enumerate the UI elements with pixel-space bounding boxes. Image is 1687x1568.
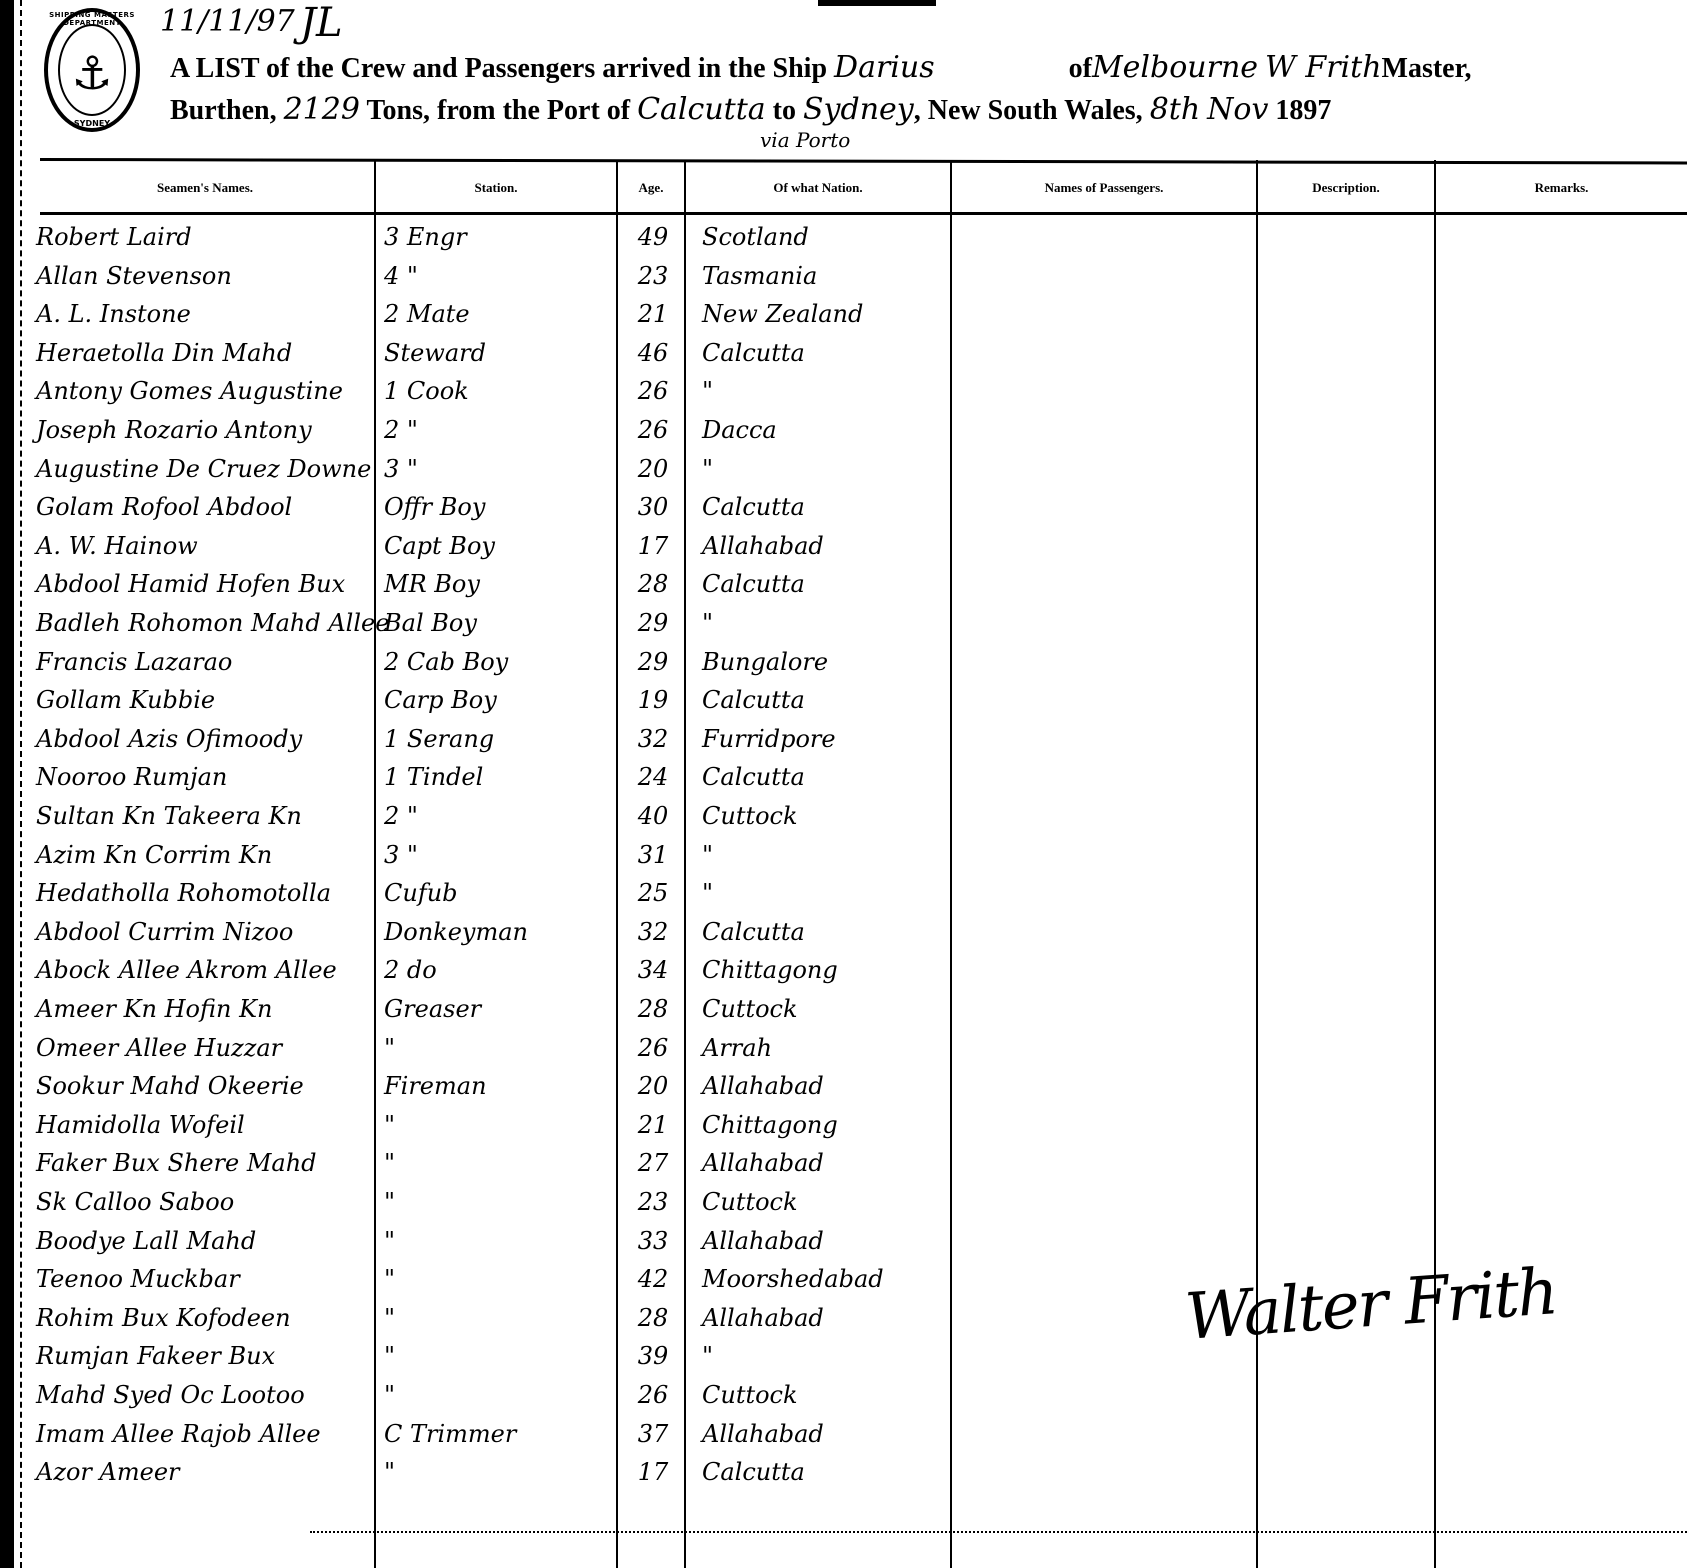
nation-cell: Calcutta xyxy=(702,490,947,524)
seaman-name-cell: Badleh Rohomon Mahd Allee xyxy=(36,606,376,640)
seaman-name-cell: Augustine De Cruez Downe xyxy=(36,452,376,486)
table-row: Badleh Rohomon Mahd AlleeBal Boy29" xyxy=(0,606,1687,640)
seaman-name-cell: Abdool Azis Ofimoody xyxy=(36,722,376,756)
table-row: Faker Bux Shere Mahd"27Allahabad xyxy=(0,1146,1687,1180)
station-cell: Offr Boy xyxy=(384,490,614,524)
station-cell: " xyxy=(384,1455,614,1489)
from-port: Calcutta xyxy=(637,92,766,127)
station-cell: 2 " xyxy=(384,799,614,833)
seaman-name-cell: Ameer Kn Hofin Kn xyxy=(36,992,376,1026)
table-row: Imam Allee Rajob AlleeC Trimmer37Allahab… xyxy=(0,1417,1687,1451)
station-cell: 1 Serang xyxy=(384,722,614,756)
nation-cell: Furridpore xyxy=(702,722,947,756)
nation-cell: Bungalore xyxy=(702,645,947,679)
seaman-name-cell: Azor Ameer xyxy=(36,1455,376,1489)
date-annotation: 11/11/97 xyxy=(160,4,295,39)
age-cell: 32 xyxy=(622,915,684,949)
age-cell: 42 xyxy=(622,1262,684,1296)
table-row: Boodye Lall Mahd"33Allahabad xyxy=(0,1224,1687,1258)
seaman-name-cell: Nooroo Rumjan xyxy=(36,760,376,794)
age-cell: 34 xyxy=(622,953,684,987)
station-cell: Carp Boy xyxy=(384,683,614,717)
station-cell: " xyxy=(384,1031,614,1065)
title-prefix: A LIST of the Crew and Passengers arrive… xyxy=(170,53,827,84)
nation-cell: Cuttock xyxy=(702,799,947,833)
age-cell: 17 xyxy=(622,1455,684,1489)
age-cell: 17 xyxy=(622,529,684,563)
title-of: of xyxy=(1069,53,1092,84)
station-cell: " xyxy=(384,1262,614,1296)
station-cell: Greaser xyxy=(384,992,614,1026)
seaman-name-cell: Sk Calloo Saboo xyxy=(36,1185,376,1219)
age-cell: 28 xyxy=(622,567,684,601)
table-row: Heraetolla Din MahdSteward46Calcutta xyxy=(0,336,1687,370)
state-label: , New South Wales, xyxy=(914,95,1143,126)
nation-cell: " xyxy=(702,606,947,640)
station-cell: 2 Mate xyxy=(384,297,614,331)
seaman-name-cell: Mahd Syed Oc Lootoo xyxy=(36,1378,376,1412)
table-row: Ameer Kn Hofin KnGreaser28Cuttock xyxy=(0,992,1687,1026)
age-cell: 26 xyxy=(622,374,684,408)
seaman-name-cell: Abdool Currim Nizoo xyxy=(36,915,376,949)
station-cell: " xyxy=(384,1224,614,1258)
seaman-name-cell: Gollam Kubbie xyxy=(36,683,376,717)
age-cell: 26 xyxy=(622,413,684,447)
anchor-icon: ⚓ xyxy=(60,48,124,98)
age-cell: 24 xyxy=(622,760,684,794)
nation-cell: Moorshedabad xyxy=(702,1262,947,1296)
age-cell: 25 xyxy=(622,876,684,910)
age-cell: 40 xyxy=(622,799,684,833)
date-year: 1897 xyxy=(1275,95,1331,126)
nation-cell: Calcutta xyxy=(702,683,947,717)
home-port: Melbourne xyxy=(1092,50,1258,85)
table-row: Abock Allee Akrom Allee2 do34Chittagong xyxy=(0,953,1687,987)
table-row: Abdool Hamid Hofen BuxMR Boy28Calcutta xyxy=(0,567,1687,601)
column-header-station: Station. xyxy=(376,168,616,208)
table-end-rule xyxy=(310,1531,1687,1533)
nation-cell: Calcutta xyxy=(702,1455,947,1489)
nation-cell: Cuttock xyxy=(702,1185,947,1219)
station-cell: 2 do xyxy=(384,953,614,987)
burthen-label: Burthen, xyxy=(170,95,277,126)
station-cell: 2 " xyxy=(384,413,614,447)
age-cell: 19 xyxy=(622,683,684,717)
age-cell: 27 xyxy=(622,1146,684,1180)
station-cell: Cufub xyxy=(384,876,614,910)
seaman-name-cell: Antony Gomes Augustine xyxy=(36,374,376,408)
station-cell: C Trimmer xyxy=(384,1417,614,1451)
table-row: Sultan Kn Takeera Kn2 "40Cuttock xyxy=(0,799,1687,833)
date-month: Nov xyxy=(1207,92,1268,127)
nation-cell: Allahabad xyxy=(702,1417,947,1451)
seaman-name-cell: A. W. Hainow xyxy=(36,529,376,563)
top-bar-mark xyxy=(818,0,936,6)
age-cell: 32 xyxy=(622,722,684,756)
table-row: Mahd Syed Oc Lootoo"26Cuttock xyxy=(0,1378,1687,1412)
age-cell: 26 xyxy=(622,1031,684,1065)
age-cell: 28 xyxy=(622,1301,684,1335)
column-header-age: Age. xyxy=(618,168,684,208)
age-cell: 30 xyxy=(622,490,684,524)
column-header-seamens-names: Seamen's Names. xyxy=(36,168,374,208)
station-cell: 1 Cook xyxy=(384,374,614,408)
nation-cell: Tasmania xyxy=(702,259,947,293)
table-row: A. L. Instone2 Mate21New Zealand xyxy=(0,297,1687,331)
nation-cell: " xyxy=(702,876,947,910)
station-cell: Steward xyxy=(384,336,614,370)
nation-cell: Allahabad xyxy=(702,1146,947,1180)
table-row: Sookur Mahd OkeerieFireman20Allahabad xyxy=(0,1069,1687,1103)
seaman-name-cell: Abdool Hamid Hofen Bux xyxy=(36,567,376,601)
seaman-name-cell: Allan Stevenson xyxy=(36,259,376,293)
column-header-passenger-names: Names of Passengers. xyxy=(952,168,1256,208)
seaman-name-cell: Faker Bux Shere Mahd xyxy=(36,1146,376,1180)
nation-cell: Calcutta xyxy=(702,336,947,370)
station-cell: Bal Boy xyxy=(384,606,614,640)
age-cell: 39 xyxy=(622,1339,684,1373)
nation-cell: " xyxy=(702,374,947,408)
nation-cell: Scotland xyxy=(702,220,947,254)
station-cell: " xyxy=(384,1185,614,1219)
nation-cell: Cuttock xyxy=(702,1378,947,1412)
station-cell: " xyxy=(384,1146,614,1180)
title-line-2: Burthen, 2129 Tons, from the Port of Cal… xyxy=(170,92,1331,127)
nation-cell: " xyxy=(702,1339,947,1373)
age-cell: 28 xyxy=(622,992,684,1026)
seaman-name-cell: Rohim Bux Kofodeen xyxy=(36,1301,376,1335)
table-row: Allan Stevenson4 "23Tasmania xyxy=(0,259,1687,293)
table-row: Francis Lazarao2 Cab Boy29Bungalore xyxy=(0,645,1687,679)
seaman-name-cell: Hamidolla Wofeil xyxy=(36,1108,376,1142)
table-row: Augustine De Cruez Downe3 "20" xyxy=(0,452,1687,486)
station-cell: 2 Cab Boy xyxy=(384,645,614,679)
seaman-name-cell: Rumjan Fakeer Bux xyxy=(36,1339,376,1373)
nation-cell: Allahabad xyxy=(702,1301,947,1335)
age-cell: 26 xyxy=(622,1378,684,1412)
table-row: Sk Calloo Saboo"23Cuttock xyxy=(0,1185,1687,1219)
seaman-name-cell: Sookur Mahd Okeerie xyxy=(36,1069,376,1103)
station-cell: 1 Tindel xyxy=(384,760,614,794)
seaman-name-cell: Sultan Kn Takeera Kn xyxy=(36,799,376,833)
stamp-text-bottom: SYDNEY xyxy=(48,119,136,128)
seaman-name-cell: Boodye Lall Mahd xyxy=(36,1224,376,1258)
nation-cell: Calcutta xyxy=(702,760,947,794)
nation-cell: Allahabad xyxy=(702,1069,947,1103)
seaman-name-cell: Abock Allee Akrom Allee xyxy=(36,953,376,987)
station-cell: 3 Engr xyxy=(384,220,614,254)
column-header-remarks: Remarks. xyxy=(1436,168,1687,208)
master-name: W Frith xyxy=(1265,50,1382,85)
nation-cell: Chittagong xyxy=(702,1108,947,1142)
nation-cell: Arrah xyxy=(702,1031,947,1065)
station-cell: " xyxy=(384,1301,614,1335)
initials-annotation: JL xyxy=(300,0,343,46)
nation-cell: Chittagong xyxy=(702,953,947,987)
nation-cell: " xyxy=(702,452,947,486)
age-cell: 21 xyxy=(622,1108,684,1142)
table-row: Abdool Azis Ofimoody1 Serang32Furridpore xyxy=(0,722,1687,756)
column-header-nation: Of what Nation. xyxy=(686,168,950,208)
nation-cell: Calcutta xyxy=(702,567,947,601)
age-cell: 23 xyxy=(622,259,684,293)
table-row: Robert Laird3 Engr49Scotland xyxy=(0,220,1687,254)
nation-cell: Dacca xyxy=(702,413,947,447)
table-row: Abdool Currim NizooDonkeyman32Calcutta xyxy=(0,915,1687,949)
stamp-inner-ring: ⚓ xyxy=(58,24,126,116)
station-cell: MR Boy xyxy=(384,567,614,601)
age-cell: 49 xyxy=(622,220,684,254)
table-row: Nooroo Rumjan1 Tindel24Calcutta xyxy=(0,760,1687,794)
title-line-1: A LIST of the Crew and Passengers arrive… xyxy=(170,50,1471,85)
seaman-name-cell: A. L. Instone xyxy=(36,297,376,331)
seaman-name-cell: Golam Rofool Abdool xyxy=(36,490,376,524)
table-row: Azim Kn Corrim Kn3 "31" xyxy=(0,838,1687,872)
age-cell: 21 xyxy=(622,297,684,331)
table-row: Antony Gomes Augustine1 Cook26" xyxy=(0,374,1687,408)
to-label: to xyxy=(773,95,796,126)
seaman-name-cell: Francis Lazarao xyxy=(36,645,376,679)
nation-cell: Allahabad xyxy=(702,1224,947,1258)
seaman-name-cell: Robert Laird xyxy=(36,220,376,254)
shipping-master-stamp: ⚓ SHIPPING MASTERS DEPARTMENT SYDNEY xyxy=(44,8,140,132)
age-cell: 29 xyxy=(622,606,684,640)
seaman-name-cell: Heraetolla Din Mahd xyxy=(36,336,376,370)
station-cell: " xyxy=(384,1339,614,1373)
nation-cell: Calcutta xyxy=(702,915,947,949)
age-cell: 46 xyxy=(622,336,684,370)
table-row: Azor Ameer"17Calcutta xyxy=(0,1455,1687,1489)
to-port: Sydney xyxy=(803,92,914,127)
table-row: Gollam KubbieCarp Boy19Calcutta xyxy=(0,683,1687,717)
seaman-name-cell: Teenoo Muckbar xyxy=(36,1262,376,1296)
nation-cell: New Zealand xyxy=(702,297,947,331)
age-cell: 37 xyxy=(622,1417,684,1451)
age-cell: 33 xyxy=(622,1224,684,1258)
table-row: Hedatholla RohomotollaCufub25" xyxy=(0,876,1687,910)
stamp-text-top: SHIPPING MASTERS DEPARTMENT xyxy=(48,11,136,27)
station-cell: Fireman xyxy=(384,1069,614,1103)
seaman-name-cell: Joseph Rozario Antony xyxy=(36,413,376,447)
station-cell: 3 " xyxy=(384,838,614,872)
age-cell: 29 xyxy=(622,645,684,679)
seaman-name-cell: Azim Kn Corrim Kn xyxy=(36,838,376,872)
station-cell: Donkeyman xyxy=(384,915,614,949)
table-row: Golam Rofool AbdoolOffr Boy30Calcutta xyxy=(0,490,1687,524)
nation-cell: Allahabad xyxy=(702,529,947,563)
burthen-value: 2129 xyxy=(284,92,360,127)
tons-label: Tons, from the Port of xyxy=(366,95,630,126)
station-cell: 4 " xyxy=(384,259,614,293)
header-rule-top xyxy=(40,158,1687,164)
header-rule-bottom xyxy=(40,212,1687,215)
station-cell: " xyxy=(384,1378,614,1412)
via-note: via Porto xyxy=(760,128,850,152)
column-header-description: Description. xyxy=(1258,168,1434,208)
title-master-label: Master, xyxy=(1382,53,1472,84)
station-cell: Capt Boy xyxy=(384,529,614,563)
age-cell: 20 xyxy=(622,1069,684,1103)
nation-cell: " xyxy=(702,838,947,872)
seaman-name-cell: Hedatholla Rohomotolla xyxy=(36,876,376,910)
seaman-name-cell: Imam Allee Rajob Allee xyxy=(36,1417,376,1451)
ship-name: Darius xyxy=(834,50,935,85)
table-row: Joseph Rozario Antony2 "26Dacca xyxy=(0,413,1687,447)
table-row: A. W. HainowCapt Boy17Allahabad xyxy=(0,529,1687,563)
age-cell: 31 xyxy=(622,838,684,872)
table-row: Omeer Allee Huzzar"26Arrah xyxy=(0,1031,1687,1065)
station-cell: " xyxy=(384,1108,614,1142)
seaman-name-cell: Omeer Allee Huzzar xyxy=(36,1031,376,1065)
age-cell: 23 xyxy=(622,1185,684,1219)
date-day: 8th xyxy=(1150,92,1200,127)
station-cell: 3 " xyxy=(384,452,614,486)
nation-cell: Cuttock xyxy=(702,992,947,1026)
table-row: Rumjan Fakeer Bux"39" xyxy=(0,1339,1687,1373)
age-cell: 20 xyxy=(622,452,684,486)
table-row: Hamidolla Wofeil"21Chittagong xyxy=(0,1108,1687,1142)
